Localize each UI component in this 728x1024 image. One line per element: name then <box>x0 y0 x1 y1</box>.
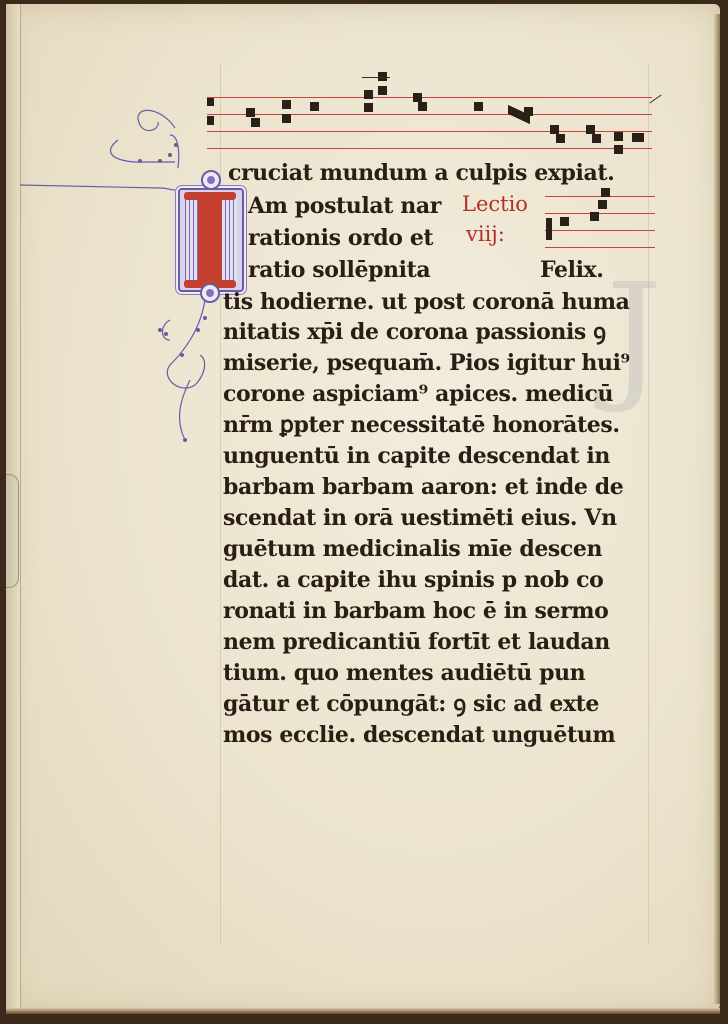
pen-flourish <box>0 0 728 1024</box>
